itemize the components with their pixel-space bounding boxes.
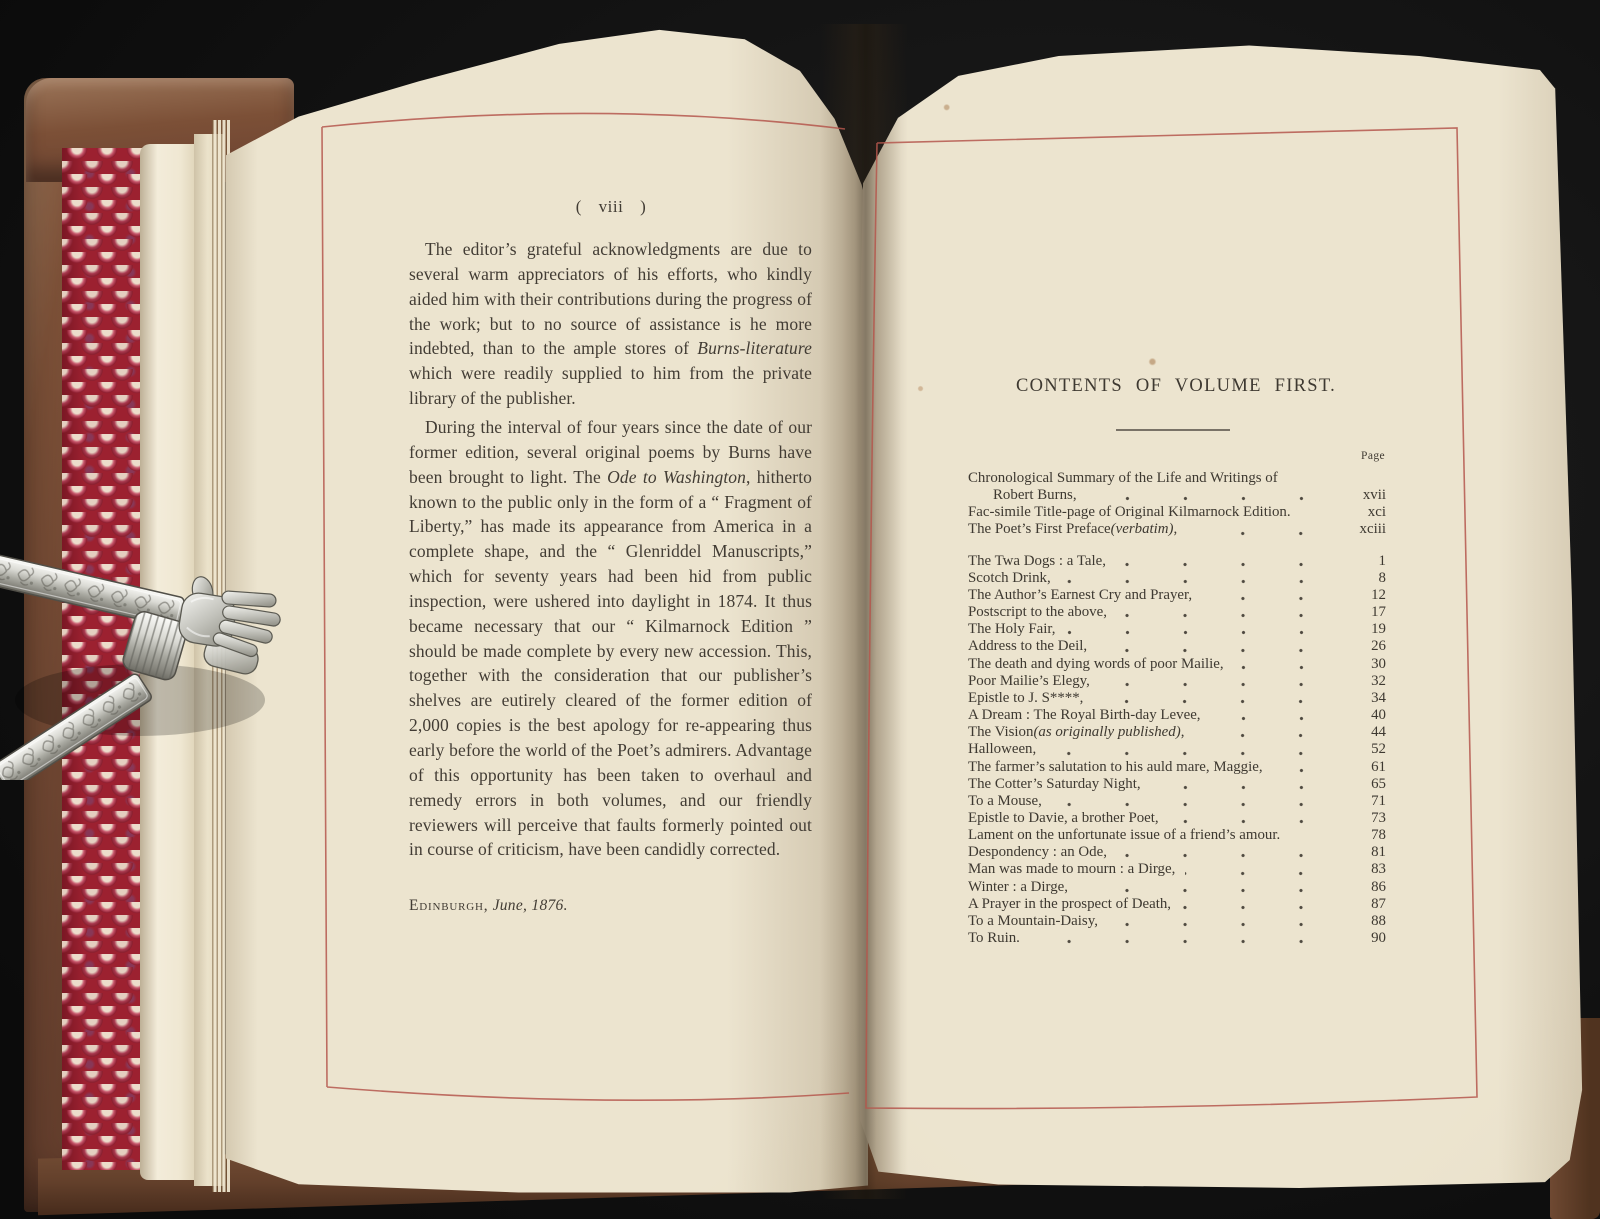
toc-row: Halloween,52: [968, 741, 1386, 758]
toc-entry-page-number: 71: [1340, 793, 1386, 810]
italic-segment: Ode to Washington: [607, 467, 746, 487]
toc-entry-title: To a Mouse,: [968, 793, 1042, 810]
toc-row: The Holy Fair,19: [968, 621, 1386, 638]
toc-entry-page-number: 44: [1340, 724, 1386, 741]
toc-entry-title: Fac-simile Title-page of Original Kilmar…: [968, 504, 1291, 521]
text-segment: which were readily supplied to him from …: [409, 363, 812, 408]
dot-leader: [1108, 913, 1332, 930]
toc-row: Chronological Summary of the Life and Wr…: [968, 470, 1386, 487]
dot-leader: [1087, 487, 1332, 504]
smallcaps-segment: Edinburgh,: [409, 897, 488, 914]
toc-entry-title: The Twa Dogs : a Tale,: [968, 553, 1106, 570]
toc-entry-title: Halloween,: [968, 741, 1036, 758]
dot-leader: [1116, 553, 1332, 570]
dot-leader: [1187, 521, 1332, 538]
toc-entry-page-number: xvii: [1340, 487, 1386, 504]
text-segment: , hitherto known to the public only in t…: [409, 467, 812, 860]
dot-leader: [1181, 896, 1332, 913]
toc-row: The death and dying words of poor Mailie…: [968, 656, 1386, 673]
toc-entry-page-number: 73: [1340, 810, 1386, 827]
toc-entry-page-number: xci: [1340, 504, 1386, 521]
dot-leader: [1061, 570, 1332, 587]
acknowledgments-paragraph: The editor’s grateful acknowledgments ar…: [409, 237, 812, 411]
toc-entry-page-number: 81: [1340, 844, 1386, 861]
toc-entry-page-number: 90: [1340, 930, 1386, 947]
toc-entry-page-number: xciii: [1340, 521, 1386, 538]
toc-entry-title: A Dream : The Royal Birth-day Levee,: [968, 707, 1201, 724]
toc-row: To a Mountain-Daisy,88: [968, 913, 1386, 930]
toc-entry-page-number: 88: [1340, 913, 1386, 930]
toc-entry-page-number: 26: [1340, 638, 1386, 655]
toc-entry-title: To a Mountain-Daisy,: [968, 913, 1098, 930]
toc-row: The farmer’s salutation to his auld mare…: [968, 759, 1386, 776]
toc-row: Scotch Drink,8: [968, 570, 1386, 587]
toc-entry-page-number: 34: [1340, 690, 1386, 707]
toc-entry-title: ,: [1181, 724, 1185, 741]
toc-entry-title: Epistle to J. S****,: [968, 690, 1083, 707]
dot-leader: [1290, 827, 1332, 844]
toc-row: Robert Burns,xvii: [968, 487, 1386, 504]
toc-entry-title: Epistle to Davie, a brother Poet,: [968, 810, 1159, 827]
toc-entry-title: Lament on the unfortunate issue of a fri…: [968, 827, 1280, 844]
toc-row: Lament on the unfortunate issue of a fri…: [968, 827, 1386, 844]
dot-leader: [1301, 504, 1332, 521]
toc-row: Epistle to J. S****,34: [968, 690, 1386, 707]
toc-front-matter: Chronological Summary of the Life and Wr…: [968, 470, 1386, 539]
page-column-label: Page: [1320, 450, 1385, 462]
contents-heading: CONTENTS OF VOLUME FIRST.: [980, 376, 1372, 397]
toc-entry-title: Winter : a Dirge,: [968, 879, 1068, 896]
toc-row: Poor Mailie’s Elegy,32: [968, 673, 1386, 690]
toc-entry-title: The Vision: [968, 724, 1033, 741]
toc-row: The Author’s Earnest Cry and Prayer,12: [968, 587, 1386, 604]
dot-leader: [1097, 638, 1332, 655]
toc-row: The Vision (as originally published),44: [968, 724, 1386, 741]
new-edition-paragraph: During the interval of four years since …: [409, 415, 812, 862]
toc-entry-title: To Ruin.: [968, 930, 1020, 947]
dot-leader: [1211, 707, 1332, 724]
toc-entry-title: The Poet’s First Preface: [968, 521, 1111, 538]
toc-entry-title: Address to the Deil,: [968, 638, 1087, 655]
toc-row: Postscript to the above,17: [968, 604, 1386, 621]
toc-poem-list: The Twa Dogs : a Tale,1Scotch Drink,8The…: [968, 553, 1386, 948]
toc-entry-page-number: 32: [1340, 673, 1386, 690]
dot-leader: [1117, 844, 1332, 861]
toc-entry-page-number: 8: [1340, 570, 1386, 587]
toc-entry-page-number: 52: [1340, 741, 1386, 758]
silver-book-clasp: [0, 540, 300, 780]
toc-entry-title: The Author’s Earnest Cry and Prayer,: [968, 587, 1192, 604]
toc-row: Man was made to mourn : a Dirge,83: [968, 861, 1386, 878]
dot-leader: [1169, 810, 1332, 827]
dot-leader: [1030, 930, 1332, 947]
toc-row: To Ruin.90: [968, 930, 1386, 947]
toc-entry-title: A Prayer in the prospect of Death,: [968, 896, 1171, 913]
clasp-hand-icon: [176, 571, 286, 661]
italic-segment: June, 1876.: [488, 897, 567, 914]
dot-leader: [1100, 673, 1332, 690]
toc-entry-page-number: 19: [1340, 621, 1386, 638]
toc-row: The Cotter’s Saturday Night,65: [968, 776, 1386, 793]
dot-leader: [1234, 656, 1332, 673]
dot-leader: [1078, 879, 1332, 896]
toc-entry-title-italic: (as originally published): [1033, 724, 1180, 741]
toc-entry-page-number: 86: [1340, 879, 1386, 896]
toc-section-gap: [968, 539, 1386, 553]
toc-row: A Dream : The Royal Birth-day Levee,40: [968, 707, 1386, 724]
toc-entry-page-number: 87: [1340, 896, 1386, 913]
table-of-contents: Chronological Summary of the Life and Wr…: [968, 470, 1386, 947]
toc-entry-page-number: 78: [1340, 827, 1386, 844]
dot-leader: [1046, 741, 1332, 758]
imprint-line: Edinburgh, June, 1876.: [409, 897, 568, 915]
toc-row: The Poet’s First Preface (verbatim),xcii…: [968, 521, 1386, 538]
italic-segment: Burns-literature: [697, 338, 812, 358]
toc-entry-title: Robert Burns,: [993, 487, 1077, 504]
toc-entry-title: The farmer’s salutation to his auld mare…: [968, 759, 1263, 776]
toc-entry-page-number: 65: [1340, 776, 1386, 793]
dot-leader: [1185, 861, 1332, 878]
dot-leader: [1202, 587, 1332, 604]
toc-entry-page-number: 17: [1340, 604, 1386, 621]
open-book-photo: ( viii ) The editor’s grateful acknowled…: [0, 0, 1600, 1219]
toc-entry-title-italic: (verbatim): [1111, 521, 1174, 538]
toc-entry-title: The Cotter’s Saturday Night,: [968, 776, 1141, 793]
dot-leader: [1273, 759, 1332, 776]
dot-leader: [1117, 604, 1332, 621]
toc-row: The Twa Dogs : a Tale,1: [968, 553, 1386, 570]
toc-row: A Prayer in the prospect of Death,87: [968, 896, 1386, 913]
toc-entry-page-number: 40: [1340, 707, 1386, 724]
toc-row: Epistle to Davie, a brother Poet,73: [968, 810, 1386, 827]
dot-leader: [1093, 690, 1332, 707]
toc-entry-title: Man was made to mourn : a Dirge,: [968, 861, 1175, 878]
toc-row: Address to the Deil,26: [968, 638, 1386, 655]
toc-entry-title: Despondency : an Ode,: [968, 844, 1107, 861]
toc-entry-title: Poor Mailie’s Elegy,: [968, 673, 1090, 690]
dot-leader: [1052, 793, 1332, 810]
toc-row: Fac-simile Title-page of Original Kilmar…: [968, 504, 1386, 521]
toc-row: Winter : a Dirge,86: [968, 879, 1386, 896]
toc-row: To a Mouse,71: [968, 793, 1386, 810]
toc-entry-page-number: 1: [1340, 553, 1386, 570]
dot-leader: [1151, 776, 1332, 793]
toc-entry-page-number: 30: [1340, 656, 1386, 673]
toc-entry-title: Scotch Drink,: [968, 570, 1051, 587]
toc-entry-title: Chronological Summary of the Life and Wr…: [968, 470, 1278, 487]
toc-entry-title: The Holy Fair,: [968, 621, 1056, 638]
toc-entry-page-number: 61: [1340, 759, 1386, 776]
toc-entry-page-number: 83: [1340, 861, 1386, 878]
toc-row: Despondency : an Ode,81: [968, 844, 1386, 861]
toc-entry-title: ,: [1174, 521, 1178, 538]
left-page-folio: ( viii ): [521, 197, 701, 217]
heading-divider-rule: [1116, 429, 1230, 431]
toc-entry-title: The death and dying words of poor Mailie…: [968, 656, 1224, 673]
toc-entry-page-number: 12: [1340, 587, 1386, 604]
dot-leader: [1194, 724, 1332, 741]
toc-entry-title: Postscript to the above,: [968, 604, 1107, 621]
dot-leader: [1066, 621, 1333, 638]
